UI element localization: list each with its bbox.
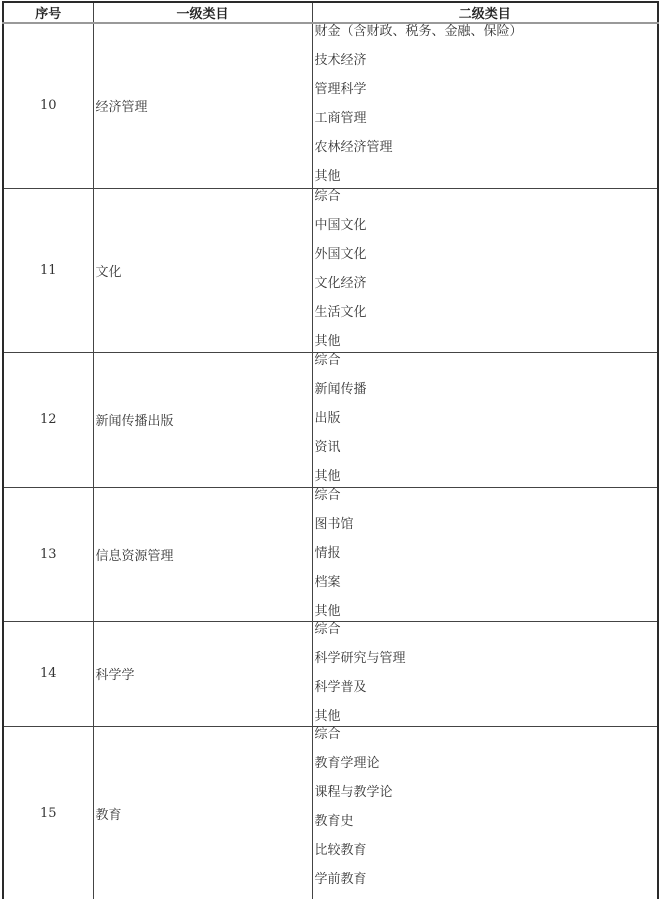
level2-item: 教育学理论 (315, 756, 658, 785)
table-row: 12 新闻传播出版 综合 新闻传播 出版 资讯 其他 (3, 352, 658, 487)
level2-item: 外国文化 (315, 247, 658, 276)
header-index: 序号 (3, 2, 93, 23)
level2-item: 其他 (315, 169, 658, 184)
level2-item: 综合 (315, 727, 658, 756)
level1-category: 新闻传播出版 (93, 352, 312, 487)
header-row: 序号 一级类目 二级类目 (3, 2, 658, 23)
level2-item: 中国文化 (315, 218, 658, 247)
level2-item: 其他 (315, 469, 658, 484)
level2-item: 农林经济管理 (315, 140, 658, 169)
table-row: 14 科学学 综合 科学研究与管理 科学普及 其他 (3, 621, 658, 726)
level2-item: 其他 (315, 709, 658, 724)
level2-list: 综合 新闻传播 出版 资讯 其他 (312, 352, 658, 487)
level2-item: 档案 (315, 575, 658, 604)
level2-item: 比较教育 (315, 843, 658, 872)
level2-list: 财金（含财政、税务、金融、保险） 技术经济 管理科学 工商管理 农林经济管理 其… (312, 23, 658, 188)
header-level2: 二级类目 (312, 2, 658, 23)
table-row: 15 教育 综合 教育学理论 课程与教学论 教育史 比较教育 学前教育 (3, 726, 658, 899)
level2-item: 综合 (315, 488, 658, 517)
level2-item: 生活文化 (315, 305, 658, 334)
level2-item: 综合 (315, 353, 658, 382)
level1-category: 教育 (93, 726, 312, 899)
row-index: 15 (3, 726, 93, 899)
level2-item: 出版 (315, 411, 658, 440)
level1-category: 科学学 (93, 621, 312, 726)
row-index: 12 (3, 352, 93, 487)
level2-item: 综合 (315, 189, 658, 218)
row-index: 14 (3, 621, 93, 726)
level2-list: 综合 图书馆 情报 档案 其他 (312, 487, 658, 621)
level2-item: 技术经济 (315, 53, 658, 82)
level1-category: 文化 (93, 188, 312, 352)
level2-item: 科学研究与管理 (315, 651, 658, 680)
row-index: 13 (3, 487, 93, 621)
level2-item: 工商管理 (315, 111, 658, 140)
level2-item: 教育史 (315, 814, 658, 843)
level1-category: 信息资源管理 (93, 487, 312, 621)
level2-item: 科学普及 (315, 680, 658, 709)
level2-item: 其他 (315, 334, 658, 349)
level2-item: 文化经济 (315, 276, 658, 305)
level2-list: 综合 中国文化 外国文化 文化经济 生活文化 其他 (312, 188, 658, 352)
level2-list: 综合 科学研究与管理 科学普及 其他 (312, 621, 658, 726)
row-index: 10 (3, 23, 93, 188)
level2-item: 课程与教学论 (315, 785, 658, 814)
row-index: 11 (3, 188, 93, 352)
level1-category: 经济管理 (93, 23, 312, 188)
level2-item: 管理科学 (315, 82, 658, 111)
level2-list: 综合 教育学理论 课程与教学论 教育史 比较教育 学前教育 (312, 726, 658, 899)
table-row: 11 文化 综合 中国文化 外国文化 文化经济 生活文化 其他 (3, 188, 658, 352)
table-row: 10 经济管理 财金（含财政、税务、金融、保险） 技术经济 管理科学 工商管理 … (3, 23, 658, 188)
level2-item: 情报 (315, 546, 658, 575)
header-level1: 一级类目 (93, 2, 312, 23)
table-row: 13 信息资源管理 综合 图书馆 情报 档案 其他 (3, 487, 658, 621)
level2-item: 学前教育 (315, 872, 658, 899)
level2-item: 综合 (315, 622, 658, 651)
level2-item: 财金（含财政、税务、金融、保险） (315, 24, 658, 53)
level2-item: 新闻传播 (315, 382, 658, 411)
category-table: 序号 一级类目 二级类目 10 经济管理 财金（含财政、税务、金融、保险） 技术… (2, 1, 659, 899)
level2-item: 图书馆 (315, 517, 658, 546)
level2-item: 其他 (315, 604, 658, 619)
level2-item: 资讯 (315, 440, 658, 469)
